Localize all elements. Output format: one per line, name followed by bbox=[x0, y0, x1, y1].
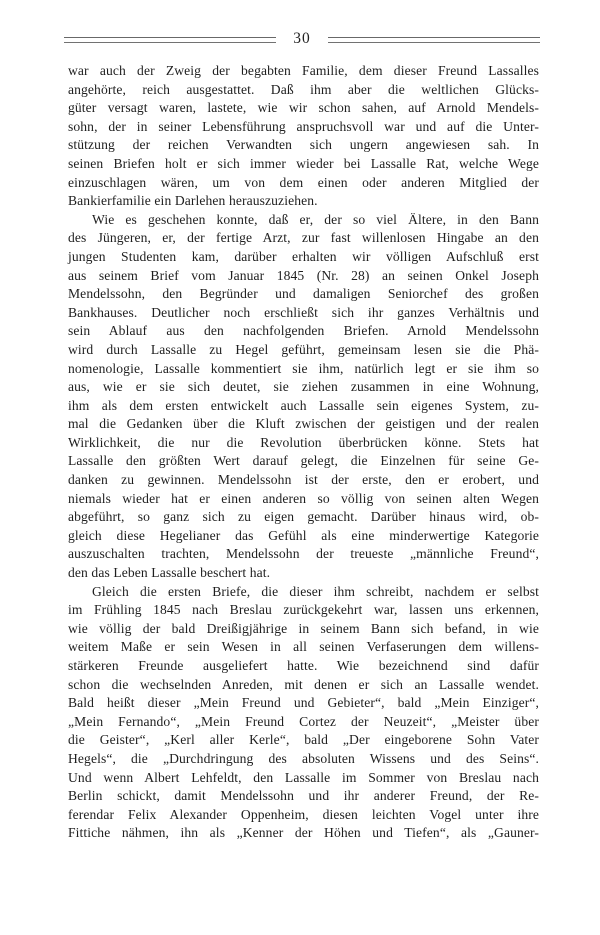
text-line: des Jüngeren, er, der fertige Arzt, zur … bbox=[68, 229, 539, 248]
text-line: Wirklichkeit, die nur die Revolution übe… bbox=[68, 434, 539, 453]
text-line: ferendar Felix Alexander Oppenheim, dies… bbox=[68, 806, 539, 825]
text-line: Lassalle den größten Wert darauf gelegt,… bbox=[68, 452, 539, 471]
text-line: im Frühling 1845 nach Breslau zurückgeke… bbox=[68, 601, 539, 620]
text-line: einzuschlagen wären, um von dem einen od… bbox=[68, 174, 539, 193]
text-line: war auch der Zweig der begabten Familie,… bbox=[68, 62, 539, 81]
page-text: war auch der Zweig der begabten Familie,… bbox=[68, 62, 539, 843]
text-line: Bankierfamilie ein Darlehen herauszuzieh… bbox=[68, 192, 539, 211]
text-line: niemals wieder hat er einen anderen so v… bbox=[68, 490, 539, 509]
text-line: Und wenn Albert Lehfeldt, den Lassalle i… bbox=[68, 769, 539, 788]
text-line: Berlin schickt, damit Mendelssohn und ih… bbox=[68, 787, 539, 806]
text-line: Wie es geschehen konnte, daß er, der so … bbox=[68, 211, 539, 230]
header-rule-right bbox=[328, 37, 540, 43]
text-line: Bald heißt dieser „Mein Freund und Gebie… bbox=[68, 694, 539, 713]
text-line: stützung der reichen Verwandten sich ung… bbox=[68, 136, 539, 155]
text-line: Hegels“, die „Durchdringung des absolute… bbox=[68, 750, 539, 769]
page-header: 30 bbox=[64, 29, 540, 51]
text-line: aus, wie er sie sich deutet, sie ziehen … bbox=[68, 378, 539, 397]
header-rule-left bbox=[64, 37, 276, 43]
text-line: seinen Briefen holt er sich immer wieder… bbox=[68, 155, 539, 174]
text-line: Mendelssohn, den Begründer und damaligen… bbox=[68, 285, 539, 304]
text-line: angehörte, reich ausgestattet. Daß ihm a… bbox=[68, 81, 539, 100]
text-line: auszuschalten trachten, Mendelssohn der … bbox=[68, 545, 539, 564]
text-line: wie völlig der bald Dreißigjährige in se… bbox=[68, 620, 539, 639]
text-line: sohn, der in seiner Lebensführung anspru… bbox=[68, 118, 539, 137]
book-page: 30 war auch der Zweig der begabten Famil… bbox=[0, 0, 600, 935]
text-line: stärkeren Freunde ausgeliefert hatte. Wi… bbox=[68, 657, 539, 676]
text-line: sein Ablauf aus den nachfolgenden Briefe… bbox=[68, 322, 539, 341]
page-number: 30 bbox=[276, 31, 328, 47]
text-line: schon die wechselnden Anreden, mit denen… bbox=[68, 676, 539, 695]
text-line: Gleich die ersten Briefe, die dieser ihm… bbox=[68, 583, 539, 602]
text-line: danken zu gewinnen. Mendelssohn ist der … bbox=[68, 471, 539, 490]
text-line: den das Leben Lassalle beschert hat. bbox=[68, 564, 539, 583]
text-line: aus seinem Brief vom Januar 1845 (Nr. 28… bbox=[68, 267, 539, 286]
text-line: gleich diese Hegelianer das Gefühl als e… bbox=[68, 527, 539, 546]
text-line: ihm als dem ersten entwickelt auch Lassa… bbox=[68, 397, 539, 416]
text-line: abgeführt, so ganz sich zu eigen gemacht… bbox=[68, 508, 539, 527]
text-line: weitem Maße er sein Wesen in all seinen … bbox=[68, 638, 539, 657]
text-line: nomenologie, Lassalle kommentiert sie ih… bbox=[68, 360, 539, 379]
text-line: „Mein Fernando“, „Mein Freund Cortez der… bbox=[68, 713, 539, 732]
text-line: wird durch Lassalle zu Hegel geführt, ge… bbox=[68, 341, 539, 360]
text-line: mal die Gedanken über die Kluft zwischen… bbox=[68, 415, 539, 434]
text-line: die Geister“, „Kerl aller Kerle“, bald „… bbox=[68, 731, 539, 750]
text-line: Fittiche nähmen, ihn als „Kenner der Höh… bbox=[68, 824, 539, 843]
text-line: Bankhauses. Deutlicher noch erschließt s… bbox=[68, 304, 539, 323]
text-line: jungen Studenten kam, darüber erhalten w… bbox=[68, 248, 539, 267]
text-line: güter versagt waren, lastete, wie wir sc… bbox=[68, 99, 539, 118]
